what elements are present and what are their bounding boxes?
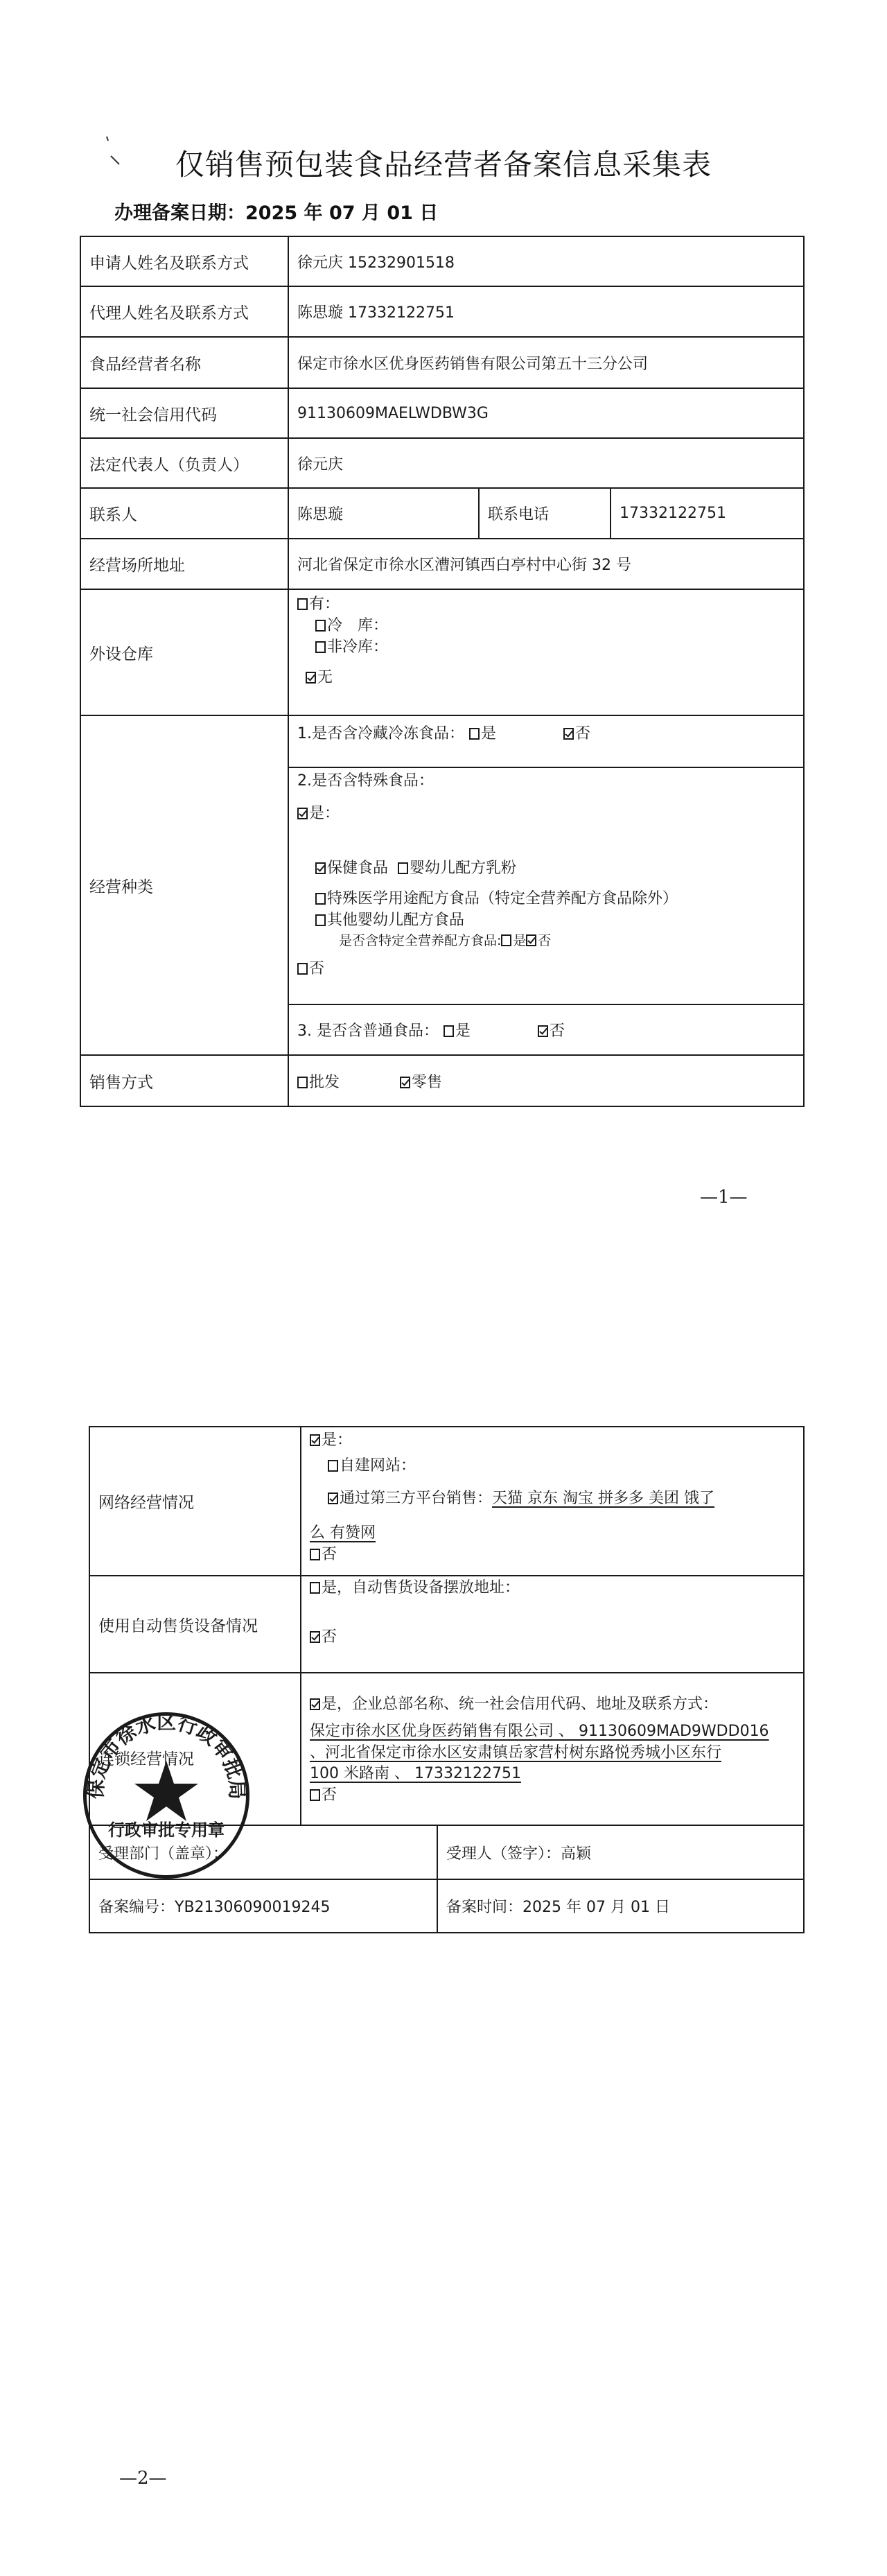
row-agent: 代理人姓名及联系方式 陈思璇 17332122751 bbox=[80, 286, 804, 337]
chain-yes-option[interactable]: 是，企业总部名称、统一社会信用代码、地址及联系方式： bbox=[310, 1694, 795, 1716]
full-nutrition-question: 是否含特定全营养配方食品:是否 bbox=[297, 932, 795, 950]
row-business-q1: 经营种类 1.是否含冷藏冷冻食品： 是 否 bbox=[80, 715, 804, 767]
checkbox-checked-icon[interactable] bbox=[315, 862, 326, 874]
row-operator-name: 食品经营者名称 保定市徐水区优身医药销售有限公司第五十三分公司 bbox=[80, 337, 804, 388]
third-party-option[interactable]: 通过第三方平台销售：天猫 京东 淘宝 拼多多 美团 饿了 bbox=[310, 1488, 795, 1510]
filing-info-table-continued: 网络经营情况 是： 自建网站： 通过第三方平台销售：天猫 京东 淘宝 拼多多 美… bbox=[89, 1426, 805, 1933]
filing-number: 备案编号：YB21306090019245 bbox=[89, 1879, 437, 1933]
checkbox-unchecked-icon[interactable] bbox=[297, 1077, 308, 1088]
q2-yes-option[interactable]: 是： bbox=[297, 803, 795, 825]
address-label: 经营场所地址 bbox=[80, 539, 288, 589]
row-legal-rep: 法定代表人（负责人） 徐元庆 bbox=[80, 438, 804, 488]
sales-method-options: 批发 零售 bbox=[288, 1055, 804, 1106]
document-title: 仅销售预包装食品经营者备案信息采集表 bbox=[0, 142, 887, 184]
checkbox-unchecked-icon[interactable] bbox=[443, 1025, 454, 1037]
row-chain: 连锁经营情况 是，企业总部名称、统一社会信用代码、地址及联系方式： 保定市徐水区… bbox=[89, 1673, 804, 1825]
filing-date: 办理备案日期：2025 年 07 月 01 日 bbox=[114, 198, 438, 225]
hq-info-line-3: 100 米路南 、 17332122751 bbox=[310, 1764, 795, 1785]
page-number-1: —1— bbox=[700, 1187, 748, 1208]
row-vending: 使用自动售货设备情况 是，自动售货设备摆放地址： 否 bbox=[89, 1576, 804, 1673]
operator-name-value: 保定市徐水区优身医药销售有限公司第五十三分公司 bbox=[288, 337, 804, 388]
agent-value: 陈思璇 17332122751 bbox=[288, 286, 804, 337]
row-address: 经营场所地址 河北省保定市徐水区漕河镇西白亭村中心街 32 号 bbox=[80, 539, 804, 589]
credit-code-value: 91130609MAELWDBW3G bbox=[288, 388, 804, 438]
checkbox-unchecked-icon[interactable] bbox=[310, 1549, 320, 1560]
vending-label: 使用自动售货设备情况 bbox=[89, 1576, 301, 1673]
legal-rep-label: 法定代表人（负责人） bbox=[80, 438, 288, 488]
platform-list-cont: 么 有赞网 bbox=[310, 1523, 376, 1544]
checkbox-unchecked-icon[interactable] bbox=[297, 963, 308, 975]
agent-label: 代理人姓名及联系方式 bbox=[80, 286, 288, 337]
fn-yes-option[interactable]: 是 bbox=[501, 933, 526, 948]
row-credit-code: 统一社会信用代码 91130609MAELWDBW3G bbox=[80, 388, 804, 438]
checkbox-checked-icon[interactable] bbox=[306, 672, 316, 684]
warehouse-options: 有： 冷 库： 非冷库： 无 bbox=[288, 589, 804, 715]
vending-options: 是，自动售货设备摆放地址： 否 bbox=[301, 1576, 804, 1673]
q1-frozen-food: 1.是否含冷藏冷冻食品： 是 否 bbox=[288, 715, 804, 767]
contact-label: 联系人 bbox=[80, 488, 288, 539]
q3-yes-option[interactable]: 是 bbox=[443, 1022, 471, 1040]
row-sales-method: 销售方式 批发 零售 bbox=[80, 1055, 804, 1106]
chain-options: 是，企业总部名称、统一社会信用代码、地址及联系方式： 保定市徐水区优身医药销售有… bbox=[301, 1673, 804, 1825]
page-number-2: —2— bbox=[119, 2468, 167, 2489]
wholesale-option[interactable]: 批发 bbox=[297, 1074, 340, 1091]
hq-info-line-2: 、河北省保定市徐水区安肃镇岳家营村树东路悦秀城小区东行 bbox=[310, 1743, 795, 1764]
checkbox-unchecked-icon[interactable] bbox=[315, 620, 326, 632]
operator-name-label: 食品经营者名称 bbox=[80, 337, 288, 388]
retail-option[interactable]: 零售 bbox=[400, 1074, 442, 1091]
filing-info-table: 申请人姓名及联系方式 徐元庆 15232901518 代理人姓名及联系方式 陈思… bbox=[80, 236, 805, 1107]
q2-no-option[interactable]: 否 bbox=[297, 959, 795, 980]
business-types-label: 经营种类 bbox=[80, 715, 288, 1055]
hq-info-line-1: 保定市徐水区优身医药销售有限公司 、 91130609MAD9WDD016 bbox=[310, 1721, 795, 1743]
vending-yes-option[interactable]: 是，自动售货设备摆放地址： bbox=[310, 1578, 795, 1599]
other-infant-option[interactable]: 其他婴幼儿配方食品 bbox=[297, 910, 795, 932]
dept-stamp-label: 受理部门（盖章）： bbox=[89, 1825, 437, 1879]
warehouse-label: 外设仓库 bbox=[80, 589, 288, 715]
applicant-value: 徐元庆 15232901518 bbox=[288, 236, 804, 286]
row-filing: 备案编号：YB21306090019245 备案时间：2025 年 07 月 0… bbox=[89, 1879, 804, 1933]
legal-rep-value: 徐元庆 bbox=[288, 438, 804, 488]
checkbox-checked-icon[interactable] bbox=[400, 1077, 410, 1088]
q2-special-food: 2.是否含特殊食品： 是： 保健食品 婴幼儿配方乳粉 特殊医学用途配方食品（特定… bbox=[288, 767, 804, 1004]
applicant-label: 申请人姓名及联系方式 bbox=[80, 236, 288, 286]
checkbox-checked-icon[interactable] bbox=[310, 1698, 320, 1710]
checkbox-unchecked-icon[interactable] bbox=[310, 1789, 320, 1801]
row-applicant: 申请人姓名及联系方式 徐元庆 15232901518 bbox=[80, 236, 804, 286]
online-label: 网络经营情况 bbox=[89, 1427, 301, 1576]
checkbox-checked-icon[interactable] bbox=[526, 934, 536, 946]
checkbox-unchecked-icon[interactable] bbox=[328, 1460, 338, 1472]
checkbox-checked-icon[interactable] bbox=[297, 808, 308, 819]
checkbox-unchecked-icon[interactable] bbox=[469, 728, 480, 740]
checkbox-unchecked-icon[interactable] bbox=[501, 934, 511, 946]
q3-no-option[interactable]: 否 bbox=[538, 1022, 565, 1040]
acceptor-signature: 受理人（签字）：高颖 bbox=[437, 1825, 804, 1879]
own-site-option[interactable]: 自建网站： bbox=[310, 1456, 795, 1477]
checkbox-checked-icon[interactable] bbox=[538, 1025, 548, 1037]
row-warehouse: 外设仓库 有： 冷 库： 非冷库： 无 bbox=[80, 589, 804, 715]
row-contact: 联系人 陈思璇 联系电话 17332122751 bbox=[80, 488, 804, 539]
health-food-option[interactable]: 保健食品 bbox=[315, 860, 388, 877]
phone-value: 17332122751 bbox=[611, 488, 804, 539]
online-options: 是： 自建网站： 通过第三方平台销售：天猫 京东 淘宝 拼多多 美团 饿了 么 … bbox=[301, 1427, 804, 1576]
document-page-1: 仅销售预包装食品经营者备案信息采集表 办理备案日期：2025 年 07 月 01… bbox=[0, 0, 887, 1289]
contact-value: 陈思璇 bbox=[288, 488, 479, 539]
q3-general-food: 3. 是否含普通食品： 是 否 bbox=[288, 1004, 804, 1055]
row-dept: 受理部门（盖章）： 受理人（签字）：高颖 bbox=[89, 1825, 804, 1879]
infant-formula-option[interactable]: 婴幼儿配方乳粉 bbox=[398, 860, 516, 877]
checkbox-checked-icon[interactable] bbox=[310, 1631, 320, 1643]
online-no-option[interactable]: 否 bbox=[310, 1544, 795, 1566]
fn-no-option[interactable]: 否 bbox=[526, 933, 551, 948]
checkbox-unchecked-icon[interactable] bbox=[310, 1582, 320, 1594]
q1-no-option[interactable]: 否 bbox=[563, 725, 590, 742]
warehouse-noncold-option[interactable]: 非冷库： bbox=[297, 637, 795, 659]
warehouse-has-option[interactable]: 有： bbox=[297, 594, 795, 616]
q1-yes-option[interactable]: 是 bbox=[469, 725, 496, 742]
medical-food-option[interactable]: 特殊医学用途配方食品（特定全营养配方食品除外） bbox=[297, 889, 795, 910]
warehouse-cold-option[interactable]: 冷 库： bbox=[297, 616, 795, 637]
checkbox-unchecked-icon[interactable] bbox=[315, 914, 326, 926]
filing-time: 备案时间：2025 年 07 月 01 日 bbox=[437, 1879, 804, 1933]
checkbox-unchecked-icon[interactable] bbox=[315, 893, 326, 905]
online-yes-option[interactable]: 是： bbox=[310, 1430, 795, 1452]
row-online: 网络经营情况 是： 自建网站： 通过第三方平台销售：天猫 京东 淘宝 拼多多 美… bbox=[89, 1427, 804, 1576]
vending-no-option[interactable]: 否 bbox=[310, 1627, 795, 1648]
platform-list: 天猫 京东 淘宝 拼多多 美团 饿了 bbox=[492, 1490, 714, 1507]
chain-label: 连锁经营情况 bbox=[89, 1673, 301, 1825]
document-page-2: 网络经营情况 是： 自建网站： 通过第三方平台销售：天猫 京东 淘宝 拼多多 美… bbox=[0, 1289, 887, 2576]
warehouse-none-option[interactable]: 无 bbox=[297, 668, 795, 689]
phone-label: 联系电话 bbox=[479, 488, 611, 539]
chain-no-option[interactable]: 否 bbox=[310, 1785, 795, 1807]
checkbox-unchecked-icon[interactable] bbox=[315, 641, 326, 653]
address-value: 河北省保定市徐水区漕河镇西白亭村中心街 32 号 bbox=[288, 539, 804, 589]
checkbox-unchecked-icon[interactable] bbox=[297, 598, 308, 610]
sales-method-label: 销售方式 bbox=[80, 1055, 288, 1106]
checkbox-unchecked-icon[interactable] bbox=[398, 862, 408, 874]
checkbox-checked-icon[interactable] bbox=[328, 1492, 338, 1504]
credit-code-label: 统一社会信用代码 bbox=[80, 388, 288, 438]
checkbox-checked-icon[interactable] bbox=[563, 728, 574, 740]
checkbox-checked-icon[interactable] bbox=[310, 1434, 320, 1446]
